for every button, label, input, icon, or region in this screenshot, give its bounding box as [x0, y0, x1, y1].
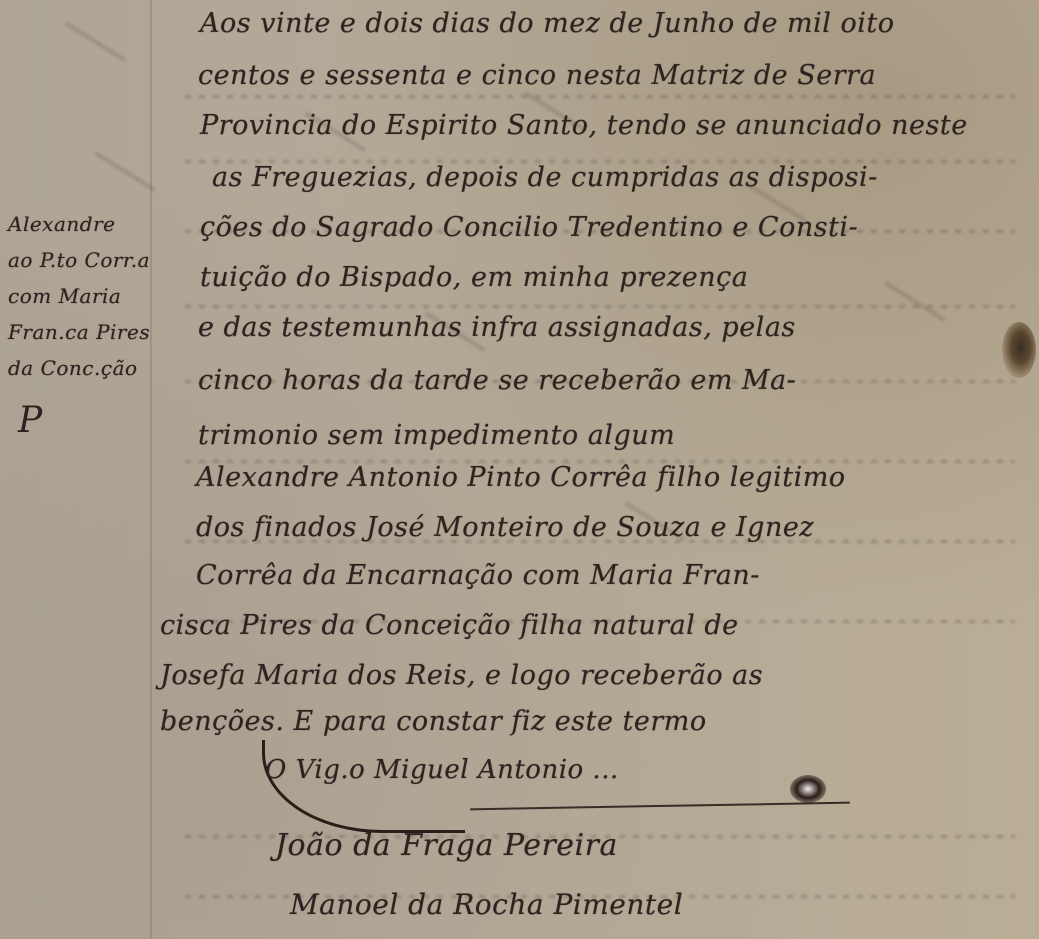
record-line: cisca Pires da Conceição filha natural d… [160, 610, 739, 641]
record-line: Josefa Maria dos Reis, e logo receberão … [160, 660, 763, 691]
record-line: e das testemunhas infra assignadas, pela… [198, 312, 796, 343]
record-line: benções. E para constar fiz este termo [160, 706, 707, 737]
margin-initial: P [18, 400, 42, 441]
signature-vicar: O Vig.o Miguel Antonio ... [265, 755, 619, 785]
record-line: dos finados José Monteiro de Souza e Ign… [196, 512, 814, 543]
margin-note-line: Fran.ca Pires [8, 320, 150, 344]
record-line: centos e sessenta e cinco nesta Matriz d… [198, 60, 876, 91]
document-page: Alexandre ao P.to Corr.a com Maria Fran.… [0, 0, 1039, 939]
record-line: trimonio sem impedimento algum [198, 420, 675, 451]
ink-blot [790, 775, 826, 803]
bleed-stroke [95, 152, 156, 192]
record-line: ções do Sagrado Concilio Tredentino e Co… [200, 212, 858, 243]
signature-witness-2: Manoel da Rocha Pimentel [290, 888, 683, 921]
record-line: Aos vinte e dois dias do mez de Junho de… [200, 8, 895, 39]
bleed-through [185, 95, 1015, 98]
record-line: cinco horas da tarde se receberão em Ma- [198, 365, 796, 396]
ink-stain [1002, 322, 1036, 378]
record-line: Alexandre Antonio Pinto Corrêa filho leg… [196, 462, 846, 493]
signature-witness-1: João da Fraga Pereira [275, 828, 618, 863]
margin-rule [150, 0, 152, 939]
margin-note-line: ao P.to Corr.a [8, 248, 150, 272]
margin-note-line: da Conc.ção [8, 356, 138, 380]
signature-flourish [262, 740, 465, 833]
record-line: Provincia do Espirito Santo, tendo se an… [200, 110, 968, 141]
margin-note-line: Alexandre [8, 212, 115, 236]
bleed-stroke [885, 282, 946, 322]
record-line: Corrêa da Encarnação com Maria Fran- [196, 560, 760, 591]
bleed-through [185, 305, 1015, 308]
bleed-stroke [65, 22, 126, 62]
signature-underline [470, 802, 850, 811]
margin-note-line: com Maria [8, 284, 121, 308]
record-line: tuição do Bispado, em minha prezença [200, 262, 748, 293]
record-line: as Freguezias, depois de cumpridas as di… [212, 162, 878, 193]
